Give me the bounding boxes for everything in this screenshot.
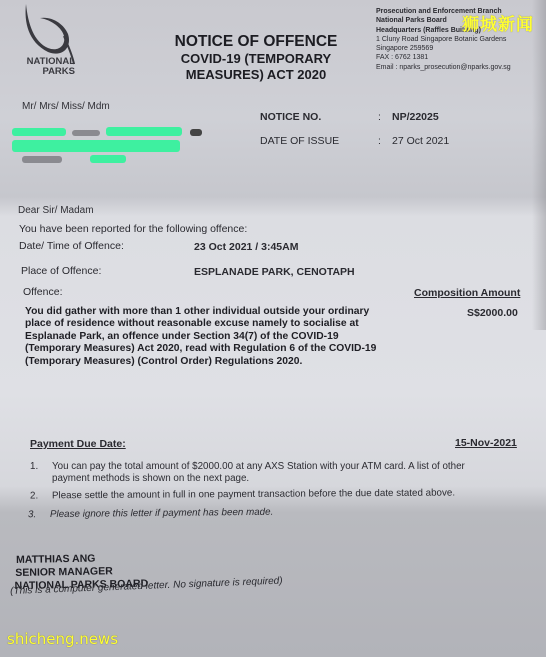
redaction-block xyxy=(190,129,202,136)
greeting: Dear Sir/ Madam xyxy=(18,205,94,216)
item-number: 2. xyxy=(30,490,52,502)
intro-text: You have been reported for the following… xyxy=(19,223,247,235)
redaction-block xyxy=(12,140,180,152)
redaction-block xyxy=(106,127,182,136)
item-text: Please ignore this letter if payment has… xyxy=(50,507,273,520)
notice-no-colon: : xyxy=(378,111,381,123)
branch-email: Email : nparks_prosecution@nparks.gov.sg xyxy=(376,63,511,72)
title-line-1: NOTICE OF OFFENCE xyxy=(150,33,362,51)
branch-line-5: Singapore 259569 xyxy=(376,44,511,53)
salutation-label: Mr/ Mrs/ Miss/ Mdm xyxy=(22,101,110,112)
redaction-block xyxy=(72,130,100,136)
offence-label: Offence: xyxy=(23,286,63,298)
payment-instruction-1: 1.You can pay the total amount of $2000.… xyxy=(30,461,465,485)
logo-text: NATIONAL PARKS xyxy=(19,57,75,77)
date-issue-label: DATE OF ISSUE xyxy=(260,135,339,147)
datetime-label: Date/ Time of Offence: xyxy=(19,240,124,252)
date-issue-value: 27 Oct 2021 xyxy=(392,135,449,147)
document-title: NOTICE OF OFFENCE COVID-19 (TEMPORARY ME… xyxy=(150,33,362,83)
composition-amount-value: S$2000.00 xyxy=(467,307,518,319)
notice-no-label: NOTICE NO. xyxy=(260,111,321,123)
item-number: 3. xyxy=(28,509,50,521)
item-text: You can pay the total amount of $2000.00… xyxy=(52,461,465,472)
payment-due-value: 15-Nov-2021 xyxy=(455,437,517,449)
logo-line-2: PARKS xyxy=(19,67,75,77)
redaction-block xyxy=(90,155,126,163)
place-value: ESPLANADE PARK, CENOTAPH xyxy=(194,266,355,278)
redaction-block xyxy=(22,156,62,163)
title-line-2: COVID-19 (TEMPORARY xyxy=(150,51,362,67)
branch-line-6: FAX : 6762 1381 xyxy=(376,53,511,62)
redaction-block xyxy=(12,128,66,136)
composition-amount-label: Composition Amount xyxy=(414,287,520,299)
watermark-english: shicheng.news xyxy=(7,630,118,648)
payment-instruction-3: 3.Please ignore this letter if payment h… xyxy=(28,507,273,522)
notice-no-value: NP/22025 xyxy=(392,111,439,123)
page-edge-shadow xyxy=(532,0,546,330)
datetime-value: 23 Oct 2021 / 3:45AM xyxy=(194,241,298,253)
payment-instruction-2: 2.Please settle the amount in full in on… xyxy=(30,488,455,503)
title-line-3: MEASURES) ACT 2020 xyxy=(150,67,362,83)
date-issue-colon: : xyxy=(378,135,381,147)
watermark-chinese: 狮城新闻 xyxy=(462,10,534,35)
item-text: Please settle the amount in full in one … xyxy=(52,488,455,502)
offence-description: You did gather with more than 1 other in… xyxy=(25,306,385,368)
branch-line-4: 1 Cluny Road Singapore Botanic Gardens xyxy=(376,35,511,44)
place-label: Place of Offence: xyxy=(21,265,101,277)
payment-due-label: Payment Due Date: xyxy=(30,438,126,450)
item-text-continued: payment methods is shown on the next pag… xyxy=(30,473,465,485)
item-number: 1. xyxy=(30,461,52,473)
